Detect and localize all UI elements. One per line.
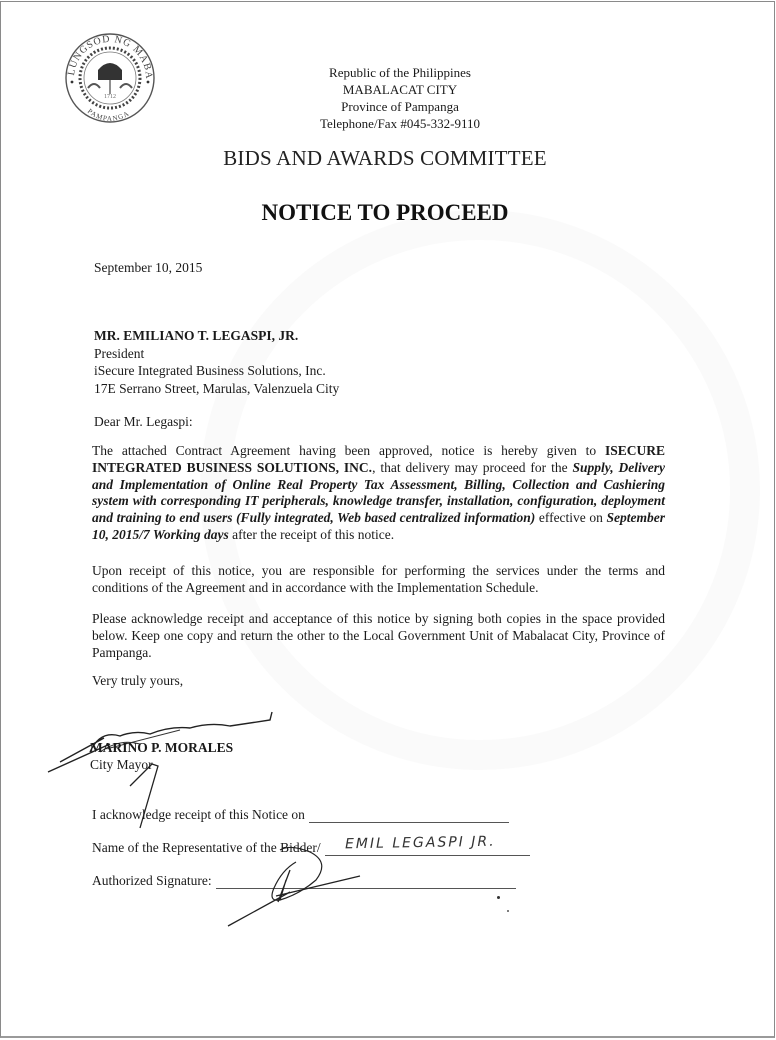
addressee-block: MR. EMILIANO T. LEGASPI, JR. President i… — [94, 327, 339, 397]
p1-text-3: effective on — [535, 510, 606, 525]
bidder-signature-icon — [220, 840, 380, 930]
p1-text-2: , that delivery may proceed for the — [372, 460, 572, 475]
document-title: NOTICE TO PROCEED — [150, 200, 620, 226]
letterhead: Republic of the Philippines MABALACAT CI… — [270, 64, 530, 132]
city-seal-icon: LUNGSOD NG MABALACAT PAMPANGA 1712 — [64, 14, 156, 144]
addressee-position: President — [94, 345, 339, 363]
receipt-date-label: I acknowledge receipt of this Notice on — [92, 807, 305, 823]
authorized-signature-label: Authorized Signature: — [92, 873, 212, 889]
letterhead-country: Republic of the Philippines — [270, 64, 530, 81]
body-paragraph-3: Please acknowledge receipt and acceptanc… — [92, 611, 665, 661]
p1-text-1: The attached Contract Agreement having b… — [92, 443, 605, 458]
letterhead-city: MABALACAT CITY — [270, 81, 530, 98]
stray-mark — [497, 896, 500, 899]
letter-date: September 10, 2015 — [94, 260, 202, 276]
addressee-company: iSecure Integrated Business Solutions, I… — [94, 362, 339, 380]
body-paragraph-1: The attached Contract Agreement having b… — [92, 443, 665, 544]
letterhead-telephone: Telephone/Fax #045-332-9110 — [270, 115, 530, 132]
p1-text-4: after the receipt of this notice. — [229, 527, 394, 542]
signer-name: MARINO P. MORALES — [90, 739, 233, 756]
addressee-address: 17E Serrano Street, Marulas, Valenzuela … — [94, 380, 339, 398]
svg-text:PAMPANGA: PAMPANGA — [86, 107, 131, 122]
receipt-date-field[interactable] — [309, 808, 509, 823]
signer-title: City Mayor — [90, 756, 233, 773]
signer-block: MARINO P. MORALES City Mayor — [90, 739, 233, 773]
seal-bottom-text: PAMPANGA — [86, 107, 131, 122]
seal-year: 1712 — [104, 94, 116, 100]
letterhead-province: Province of Pampanga — [270, 98, 530, 115]
addressee-name: MR. EMILIANO T. LEGASPI, JR. — [94, 327, 339, 345]
salutation: Dear Mr. Legaspi: — [94, 414, 193, 430]
stray-mark — [507, 910, 509, 912]
committee-heading: BIDS AND AWARDS COMMITTEE — [150, 146, 620, 171]
acknowledgement-receipt-row: I acknowledge receipt of this Notice on — [92, 807, 509, 823]
body-paragraph-2: Upon receipt of this notice, you are res… — [92, 563, 665, 597]
closing: Very truly yours, — [92, 673, 183, 689]
